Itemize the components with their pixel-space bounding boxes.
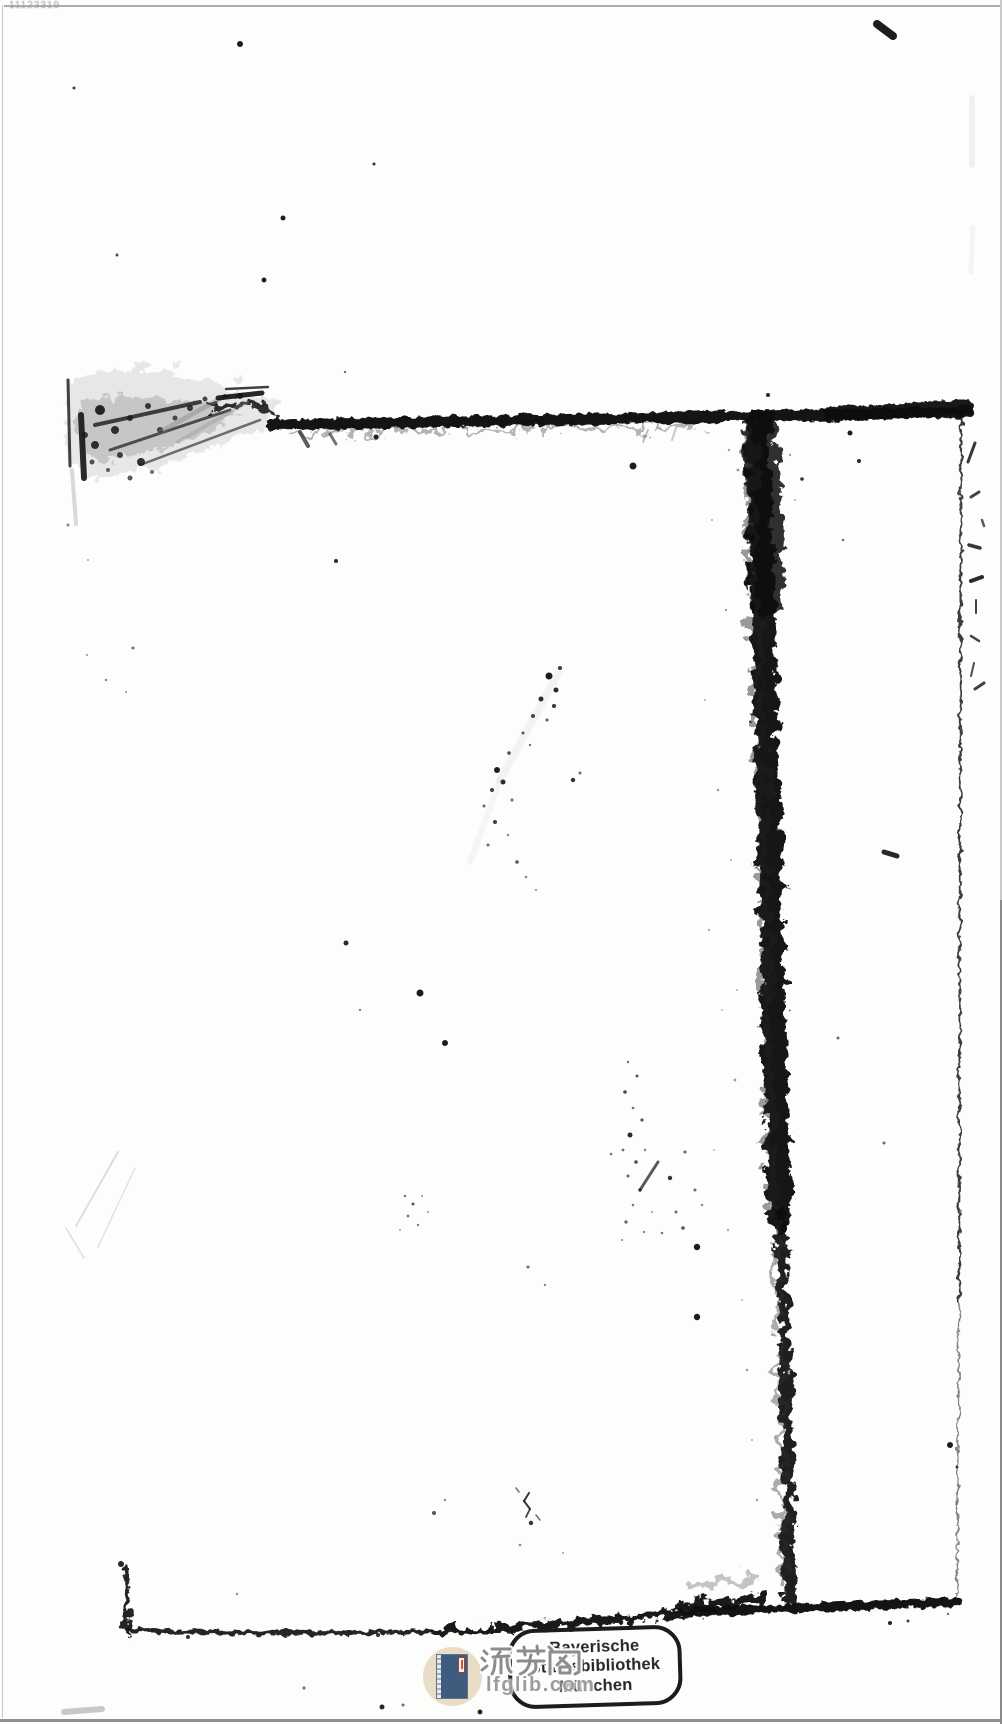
ink-speck (487, 844, 490, 847)
ink-speck (947, 1613, 949, 1615)
ink-speck (736, 989, 738, 991)
ink-speck (956, 1466, 959, 1469)
ink-speck (627, 1175, 630, 1178)
ink-speck (800, 477, 804, 481)
ink-speck (373, 163, 376, 166)
ink-stroke (516, 1488, 519, 1492)
ink-stroke (982, 520, 984, 526)
ink-speck (417, 990, 424, 997)
ink-speck (402, 1704, 405, 1707)
ink-speck (552, 704, 556, 708)
ink-speck (203, 397, 208, 402)
watermark-url: lfglib.com (486, 1674, 595, 1697)
ink-speck (374, 435, 379, 440)
ink-speck (186, 1635, 190, 1639)
ink-speck (125, 691, 127, 693)
ink-speck (569, 422, 574, 427)
ink-stroke (971, 663, 974, 676)
ink-speck (837, 1037, 840, 1040)
book-title-label (458, 1657, 465, 1673)
book-icon (436, 1654, 468, 1699)
ink-speck (728, 449, 730, 451)
ink-speck (661, 1232, 664, 1235)
ink-speck (730, 859, 732, 861)
ink-speck (610, 1153, 613, 1156)
ink-speck (417, 1224, 419, 1226)
ink-speck (621, 1239, 623, 1241)
ink-stroke (971, 636, 979, 641)
ink-speck (681, 1226, 685, 1230)
scanned-page: 11123319 (0, 0, 1002, 1724)
ink-speck (334, 559, 338, 563)
ink-speck (579, 772, 582, 775)
ink-stroke (526, 1509, 530, 1517)
ink-speck (623, 1090, 627, 1094)
ink-speck (91, 441, 99, 449)
ink-stroke (524, 1493, 529, 1501)
ink-stroke (500, 670, 560, 780)
ink-speck (67, 524, 70, 527)
ink-speck-layer (64, 24, 984, 1715)
frame-top-border (208, 404, 968, 432)
ink-speck (741, 1299, 743, 1301)
ink-speck (734, 1079, 737, 1082)
ink-speck (743, 559, 745, 561)
ink-speck (399, 1229, 401, 1231)
ink-speck (711, 519, 713, 521)
ink-speck (132, 647, 135, 650)
ink-speck (717, 789, 720, 792)
ink-stroke (884, 852, 897, 856)
ink-speck (525, 876, 528, 879)
ink-stroke (968, 443, 975, 462)
ink-speck (421, 1195, 423, 1197)
ink-speck (737, 469, 740, 472)
ink-speck (173, 416, 178, 421)
ink-stroke (64, 1709, 102, 1712)
ink-stroke (536, 1515, 540, 1520)
ink-speck (842, 539, 845, 542)
ink-speck (380, 1705, 385, 1710)
ink-speck (571, 778, 575, 782)
ink-speck (721, 1009, 723, 1011)
ink-speck (727, 1229, 729, 1231)
ink-speck (562, 1552, 564, 1554)
ink-stroke (640, 1162, 658, 1190)
ink-speck (444, 1499, 446, 1501)
ink-speck (106, 468, 110, 472)
ink-stroke (300, 432, 308, 446)
ink-speck (704, 699, 706, 701)
ink-speck (708, 929, 710, 931)
ink-speck (519, 1544, 522, 1547)
ink-speck (507, 834, 509, 836)
ink-speck (494, 767, 500, 773)
ink-speck (794, 499, 796, 501)
book-stitching (437, 1655, 441, 1698)
ink-speck (344, 371, 346, 373)
frame-bottom-border (126, 1568, 958, 1633)
ink-speck (478, 1710, 483, 1715)
ink-speck (701, 1204, 703, 1206)
ink-stroke (672, 428, 676, 440)
ink-speck (675, 1211, 678, 1214)
ink-speck (628, 1133, 633, 1138)
ink-stroke (66, 1228, 84, 1258)
ink-speck (407, 1215, 410, 1218)
ink-speck (651, 1211, 653, 1213)
ink-stroke (971, 228, 973, 272)
ink-speck (644, 1149, 646, 1151)
ink-speck (756, 1499, 758, 1501)
ink-stroke (971, 577, 982, 581)
ink-speck (87, 559, 89, 561)
ink-speck (303, 1687, 306, 1690)
ink-speck (236, 1593, 238, 1595)
ink-speck (636, 1075, 639, 1078)
ink-speck (150, 470, 154, 474)
ink-speck (713, 1149, 715, 1151)
ink-speck (622, 1149, 625, 1152)
ink-speck (73, 87, 76, 90)
ink-speck (515, 860, 519, 864)
ink-speck (117, 452, 123, 458)
ink-stroke (76, 1152, 118, 1226)
ink-speck (105, 679, 107, 681)
ink-speck (848, 431, 853, 436)
ink-stroke (524, 1501, 530, 1509)
ink-speck (694, 1244, 700, 1250)
ink-speck (632, 1204, 635, 1207)
ink-speck (511, 799, 514, 802)
ink-speck (939, 1597, 945, 1603)
ink-speck (95, 405, 105, 415)
ink-speck (529, 744, 531, 746)
ink-speck (376, 1633, 380, 1637)
ink-speck (483, 805, 486, 808)
frame-center-band (682, 420, 789, 1608)
ink-speck (668, 1176, 672, 1180)
ink-speck (627, 1061, 629, 1063)
ink-stroke (643, 430, 648, 442)
ink-speck (857, 459, 861, 463)
ink-speck (947, 1442, 953, 1448)
ink-speck (624, 1220, 627, 1223)
ink-speck (640, 1118, 643, 1121)
ink-stroke (98, 1168, 135, 1247)
ink-speck (412, 1203, 415, 1206)
ink-speck (527, 1266, 530, 1269)
ink-speck (643, 1231, 645, 1233)
woodblock-frame (0, 0, 1002, 1724)
ink-speck (344, 941, 349, 946)
ink-speck (359, 1009, 361, 1011)
ink-speck (746, 1369, 749, 1372)
ink-speck (145, 403, 151, 409)
ink-speck (546, 719, 549, 722)
ink-speck (634, 1160, 638, 1164)
ink-speck (535, 889, 537, 891)
ink-stroke (975, 683, 984, 689)
ink-speck (883, 1142, 886, 1145)
ink-stroke (330, 434, 336, 444)
ink-speck (725, 609, 727, 611)
ink-stroke (72, 470, 76, 524)
ink-speck (789, 454, 791, 456)
ink-stroke (969, 545, 980, 548)
ink-speck (116, 254, 119, 257)
ink-speck (751, 1439, 753, 1441)
ink-speck (237, 41, 243, 47)
ink-speck (632, 1107, 635, 1110)
ink-stroke (81, 415, 84, 478)
ink-speck (544, 1284, 546, 1286)
ink-speck (111, 426, 119, 434)
ink-speck (493, 820, 497, 824)
ink-speck (86, 654, 88, 656)
ink-speck (907, 1620, 910, 1623)
ink-speck (684, 1151, 687, 1154)
ink-speck (766, 393, 770, 397)
ink-speck (694, 1189, 697, 1192)
ink-speck (128, 476, 133, 481)
ink-speck (427, 1211, 429, 1213)
book-logo-circle (423, 1647, 482, 1706)
ink-speck (90, 460, 95, 465)
ink-stroke (68, 380, 70, 466)
ink-speck (442, 1040, 448, 1046)
ink-speck (432, 1511, 436, 1515)
ink-stroke (877, 24, 893, 36)
ink-speck (888, 1621, 892, 1625)
ink-speck (404, 1195, 406, 1197)
ink-stroke (971, 492, 979, 497)
frame-right-rule (957, 415, 961, 1600)
ink-speck (630, 463, 637, 470)
ink-speck (529, 1521, 533, 1525)
ink-speck (118, 1561, 124, 1567)
ink-speck (262, 278, 267, 283)
ink-speck (281, 216, 286, 221)
ink-speck (694, 1314, 700, 1320)
